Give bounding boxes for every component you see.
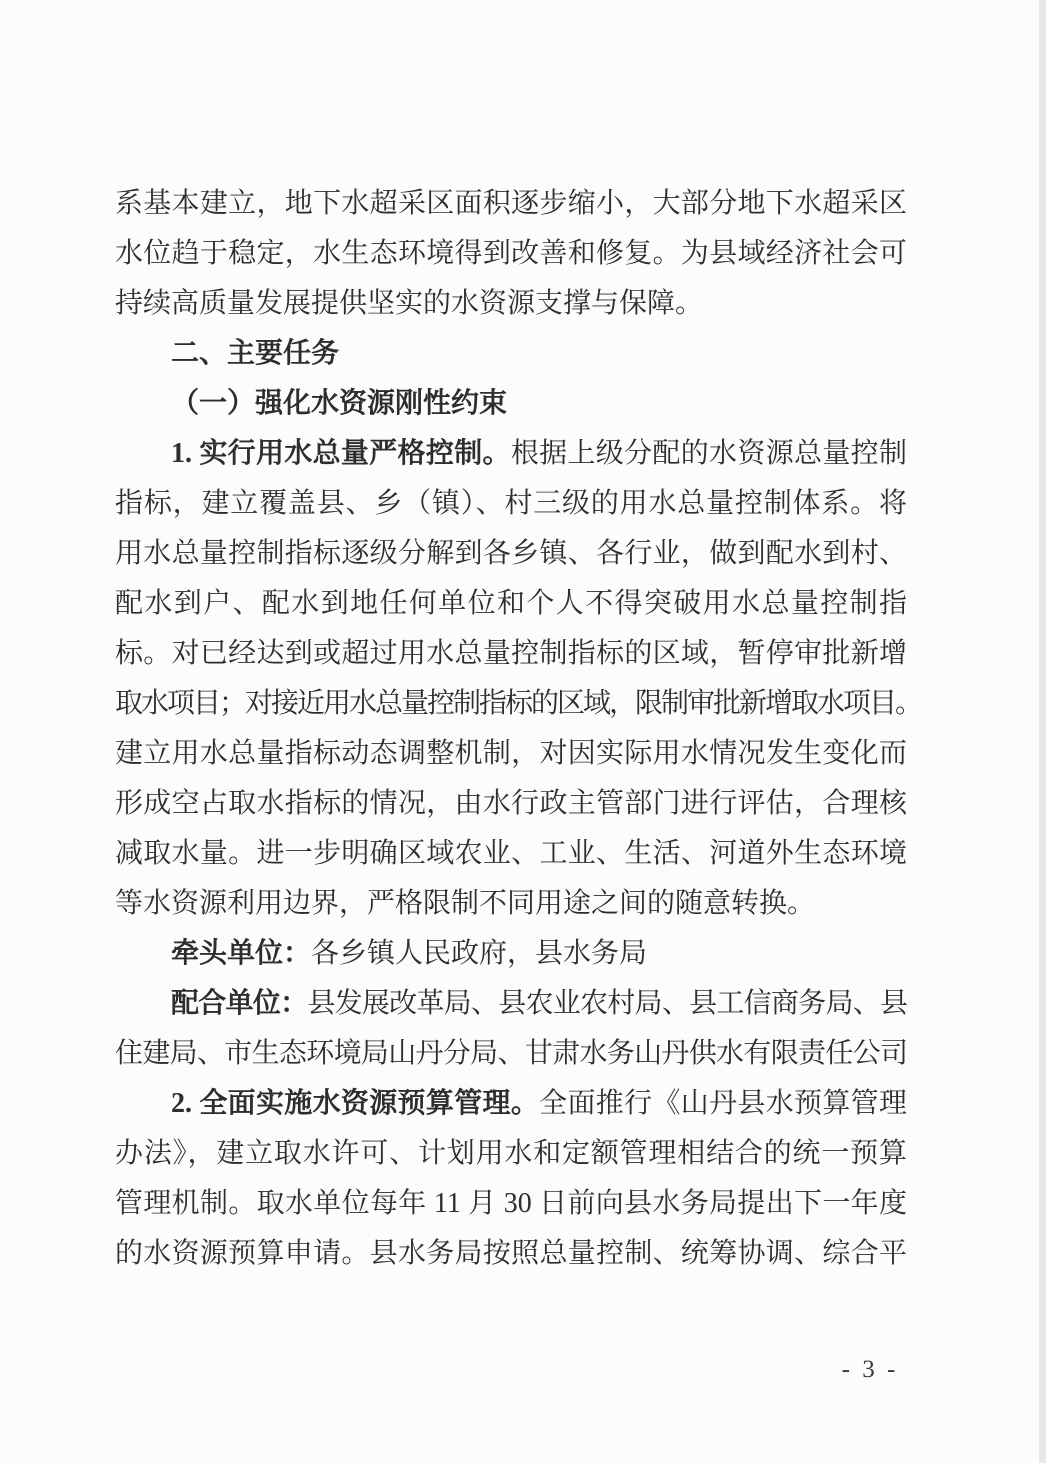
task2-opening-rest: 全面推行《山丹县水预算管理 [539, 1088, 907, 1119]
body-line: 1. 实行用水总量严格控制。根据上级分配的水资源总量控制 [115, 429, 907, 479]
body-line: 等水资源利用边界，严格限制不同用途之间的随意转换。 [115, 879, 907, 929]
body-line: 2. 全面实施水资源预算管理。全面推行《山丹县水预算管理 [115, 1079, 907, 1129]
body-line: 办法》，建立取水许可、计划用水和定额管理相结合的统一预算 [115, 1129, 907, 1179]
body-line: 形成空占取水指标的情况，由水行政主管部门进行评估，合理核 [115, 779, 907, 829]
body-line: 标。对已经达到或超过用水总量控制指标的区域，暂停审批新增 [115, 629, 907, 679]
body-line: 管理机制。取水单位每年 11 月 30 日前向县水务局提出下一年度 [115, 1179, 907, 1229]
task1-opening-rest: 根据上级分配的水资源总量控制 [511, 438, 907, 469]
lead-unit-label: 牵头单位： [171, 938, 311, 969]
document-body: 系基本建立，地下水超采区面积逐步缩小，大部分地下水超采区 水位趋于稳定，水生态环… [115, 179, 907, 1279]
lead-unit-line: 牵头单位：各乡镇人民政府，县水务局 [115, 929, 907, 979]
body-line: 的水资源预算申请。县水务局按照总量控制、统筹协调、综合平 [115, 1229, 907, 1279]
support-unit-value: 县发展改革局、县农业农村局、县工信商务局、县 [307, 988, 907, 1019]
body-line: 用水总量控制指标逐级分解到各乡镇、各行业，做到配水到村、 [115, 529, 907, 579]
body-line: 系基本建立，地下水超采区面积逐步缩小，大部分地下水超采区 [115, 179, 907, 229]
lead-unit-value: 各乡镇人民政府，县水务局 [311, 938, 647, 969]
body-line: 水位趋于稳定，水生态环境得到改善和修复。为县域经济社会可 [115, 229, 907, 279]
support-unit-line: 配合单位：县发展改革局、县农业农村局、县工信商务局、县 [115, 979, 907, 1029]
page-number: - 3 - [830, 1352, 910, 1388]
document-page: 系基本建立，地下水超采区面积逐步缩小，大部分地下水超采区 水位趋于稳定，水生态环… [0, 0, 1046, 1463]
subsection-heading: （一）强化水资源刚性约束 [115, 379, 907, 429]
support-unit-line: 住建局、市生态环境局山丹分局、甘肃水务山丹供水有限责任公司 [115, 1029, 907, 1079]
body-line: 持续高质量发展提供坚实的水资源支撑与保障。 [115, 279, 907, 329]
scan-edge-shadow [1039, 0, 1046, 1463]
body-line: 建立用水总量指标动态调整机制，对因实际用水情况发生变化而 [115, 729, 907, 779]
task2-lead: 2. 全面实施水资源预算管理。 [171, 1088, 539, 1119]
body-line: 指标，建立覆盖县、乡（镇）、村三级的用水总量控制体系。将 [115, 479, 907, 529]
task1-lead: 1. 实行用水总量严格控制。 [171, 438, 511, 469]
support-unit-label: 配合单位： [171, 988, 307, 1019]
body-line: 配水到户、配水到地任何单位和个人不得突破用水总量控制指 [115, 579, 907, 629]
body-line: 取水项目；对接近用水总量控制指标的区域，限制审批新增取水项目。 [115, 679, 907, 729]
section-heading: 二、主要任务 [115, 329, 907, 379]
body-line: 减取水量。进一步明确区域农业、工业、生活、河道外生态环境 [115, 829, 907, 879]
